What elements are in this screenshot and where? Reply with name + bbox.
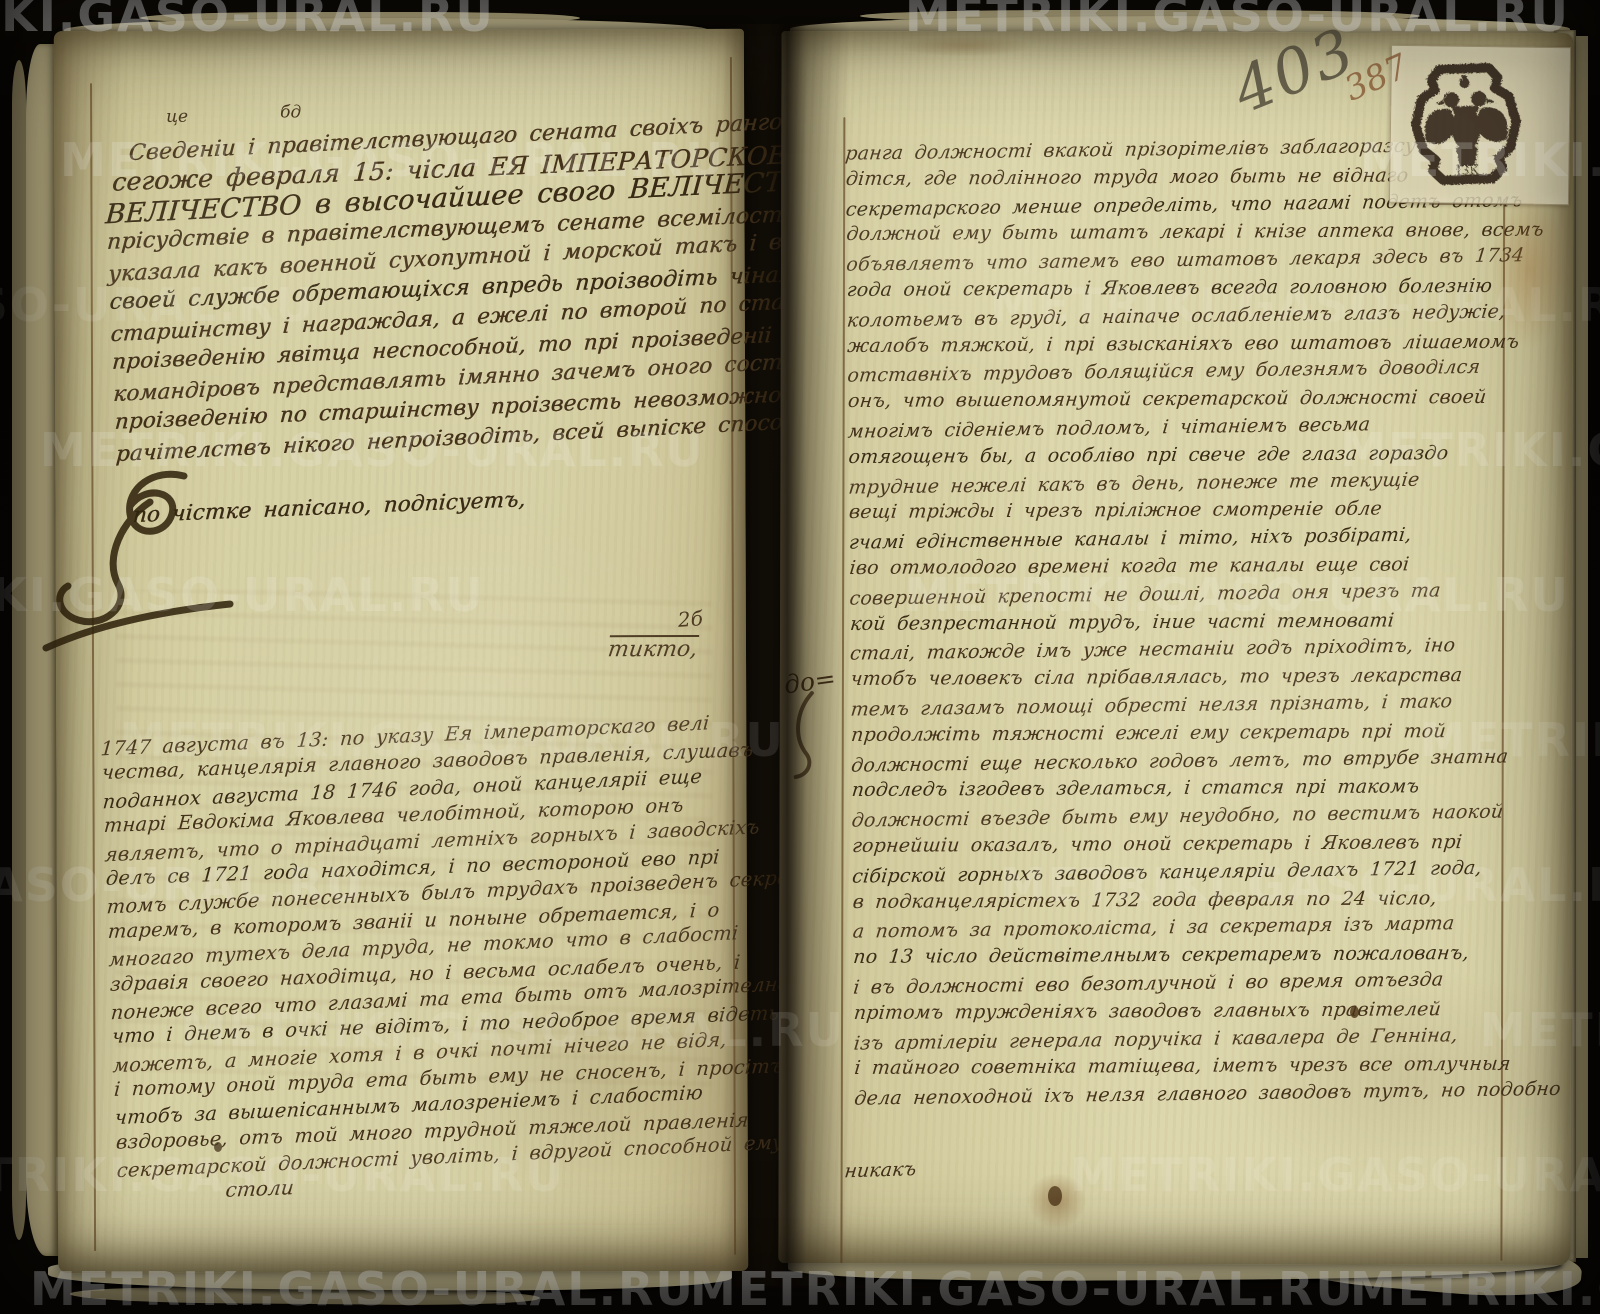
signature-flourish <box>34 462 244 662</box>
page-edge-strip <box>70 1286 540 1306</box>
page-edge-strip <box>12 60 26 1240</box>
marginal-note-superscript: 2б <box>677 606 704 632</box>
watermark-text: METRIKI.GASO-URAL.RU <box>690 1262 1355 1314</box>
interlinear-correction: це <box>166 107 188 127</box>
watermark-text: METRIKI.GASO-URAL.RU <box>1350 1262 1600 1314</box>
page-edge-strip <box>140 12 580 24</box>
manuscript-scan: це бд Сведеніи і правітелствующаго сенат… <box>0 0 1600 1314</box>
handwriting-block-petition: 1747 августа въ 13: по указу Ея імперато… <box>100 711 743 1183</box>
catchword: никакъ <box>843 1158 917 1182</box>
marginal-note-word: тикто, <box>606 637 699 662</box>
left-page-margin-rule <box>90 83 96 1251</box>
marginal-mark-flourish <box>786 691 826 781</box>
right-page-margin-rule <box>840 117 845 1263</box>
imperial-eagle-stamp: ІЗК <box>1400 54 1533 194</box>
handwriting-block-report: ранга должності вкакой прізорітелівъ заб… <box>845 132 1560 1112</box>
interlinear-correction: бд <box>280 102 301 122</box>
right-page: до= ранга должності вкакой прізорітелівъ… <box>778 31 1573 1265</box>
stamp-letters: ІЗК <box>1456 163 1480 179</box>
catchword: столи <box>225 1175 296 1202</box>
page-edge-strip <box>1576 36 1588 1258</box>
